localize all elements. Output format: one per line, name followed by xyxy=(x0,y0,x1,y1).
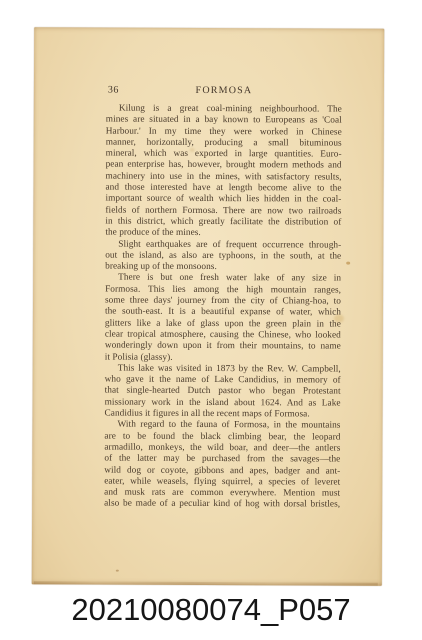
text-line: the south-east. It is a beautiful expans… xyxy=(105,307,341,319)
text-line: Slight earthquakes are of frequent occur… xyxy=(105,239,341,251)
text-line: fields of northern Formosa. There are no… xyxy=(105,205,341,217)
text-line: With regard to the fauna of Formosa, in … xyxy=(104,420,340,432)
paragraph: This lake was visited in 1873 by the Rev… xyxy=(105,363,341,421)
text-line: mines are situated in a bay known to Eur… xyxy=(106,115,342,127)
text-line: Harbour.' In my time they were worked in… xyxy=(106,126,342,138)
text-line: of the latter may be purchased from the … xyxy=(104,454,340,466)
text-line: also be made of a peculiar kind of hog w… xyxy=(104,499,340,511)
text-line: wonderingly down upon it from their moun… xyxy=(105,341,341,353)
text-line: that single-hearted Dutch pastor who beg… xyxy=(105,386,341,398)
paragraph: Slight earthquakes are of frequent occur… xyxy=(105,239,341,274)
text-line: important source of wealth which lies hi… xyxy=(105,194,341,206)
page-number: 36 xyxy=(108,85,119,96)
text-line: glitters like a lake of glass upon the g… xyxy=(105,318,341,330)
scanned-book-page: 36 FORMOSA Kilung is a great coal-mining… xyxy=(32,27,384,586)
foxing-stain xyxy=(346,262,350,265)
text-line: wild dog or coyote, gibbons and apes, ba… xyxy=(104,465,340,477)
text-line: the produce of the mines. xyxy=(105,228,341,240)
photo-background: { "colors": { "background": "#ffffff", "… xyxy=(0,0,422,640)
foxing-stain xyxy=(116,570,119,572)
text-line: pean enterprise has, however, brought mo… xyxy=(106,160,342,172)
paragraph: With regard to the fauna of Formosa, in … xyxy=(104,420,340,511)
paragraph: There is but one fresh water lake of any… xyxy=(105,273,341,364)
text-line: are to be found the black climbing bear,… xyxy=(104,431,340,443)
page-title: FORMOSA xyxy=(106,84,342,97)
text-line: There is but one fresh water lake of any… xyxy=(105,273,341,285)
page-text: Kilung is a great coal-mining neighbourh… xyxy=(104,104,342,512)
page-content: 36 FORMOSA Kilung is a great coal-mining… xyxy=(104,84,342,512)
paragraph: Kilung is a great coal-mining neighbourh… xyxy=(105,104,342,241)
archive-id-caption: 20210080074_P057 xyxy=(0,592,422,628)
running-header: 36 FORMOSA xyxy=(106,84,342,105)
text-line: it Polisia (glassy). xyxy=(105,352,341,364)
